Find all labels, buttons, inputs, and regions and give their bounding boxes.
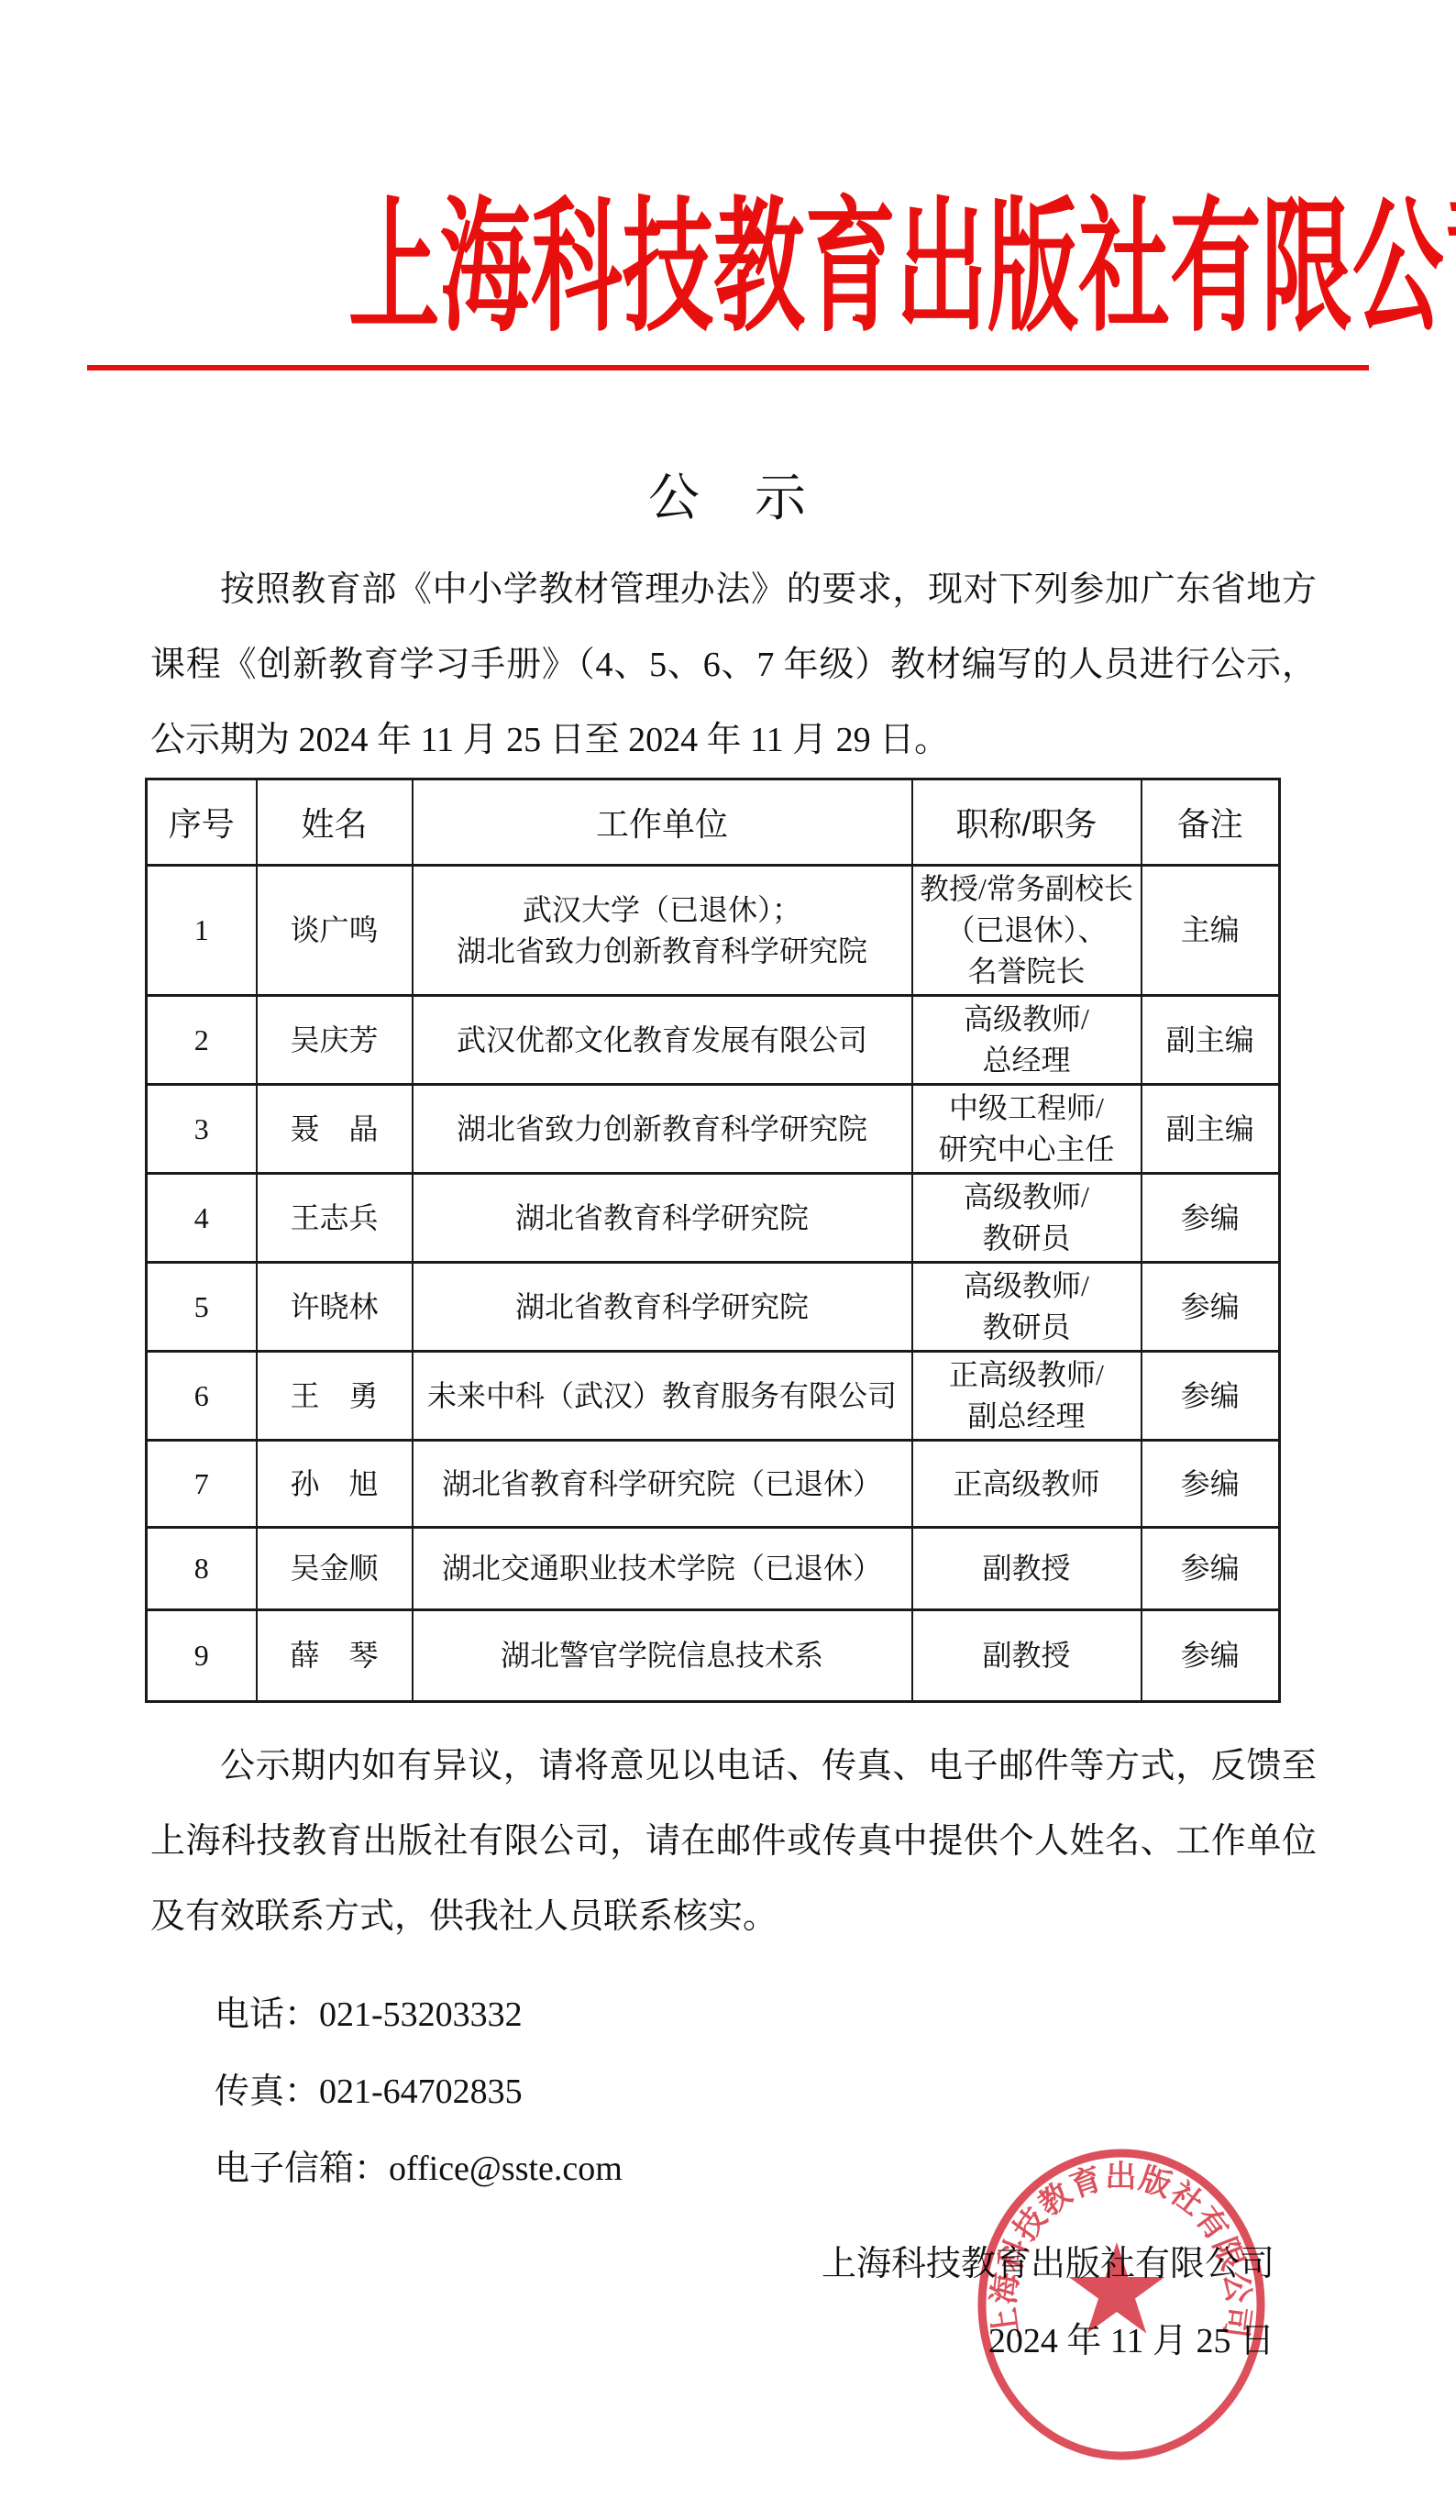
cell-unit: 湖北省教育科学研究院（已退休） <box>413 1441 912 1528</box>
table-header-row: 序号 姓名 工作单位 职称/职务 备注 <box>147 779 1280 866</box>
cell-line: 4 <box>151 1198 252 1239</box>
cell-line: 教授/常务副校长 <box>917 868 1137 910</box>
cell-line: 高级教师/ <box>917 999 1137 1040</box>
cell-line: 许晓林 <box>261 1287 408 1328</box>
table-row: 9薛 琴湖北警官学院信息技术系副教授参编 <box>147 1610 1280 1702</box>
contact-block: 电话：021-53203332 传真：021-64702835 电子信箱：off… <box>215 1976 1456 2207</box>
cell-unit: 湖北交通职业技术学院（已退休） <box>413 1528 912 1610</box>
cell-line: 吴金顺 <box>261 1548 408 1589</box>
cell-name: 许晓林 <box>257 1263 413 1352</box>
cell-unit: 湖北省致力创新教育科学研究院 <box>413 1085 912 1174</box>
document-page: 上海科技教育出版社有限公司 公 示 按照教育部《中小学教材管理办法》的要求，现对… <box>0 0 1456 2520</box>
table-row: 8吴金顺湖北交通职业技术学院（已退休）副教授参编 <box>147 1528 1280 1610</box>
cell-no: 5 <box>147 1263 257 1352</box>
table-row: 6王 勇未来中科（武汉）教育服务有限公司正高级教师/副总经理参编 <box>147 1352 1280 1441</box>
cell-title: 正高级教师/副总经理 <box>912 1352 1142 1441</box>
cell-line: 副主编 <box>1146 1020 1275 1061</box>
cell-line: 参编 <box>1146 1548 1275 1589</box>
cell-remark: 主编 <box>1142 866 1280 996</box>
cell-line: 参编 <box>1146 1635 1275 1676</box>
cell-name: 聂 晶 <box>257 1085 413 1174</box>
cell-title: 高级教师/教研员 <box>912 1174 1142 1263</box>
cell-line: 7 <box>151 1464 252 1505</box>
cell-line: 副总经理 <box>917 1396 1137 1437</box>
feedback-paragraph: 公示期内如有异议，请将意见以电话、传真、电子邮件等方式，反馈至上海科技教育出版社… <box>150 1729 1317 1954</box>
cell-no: 2 <box>147 996 257 1085</box>
cell-remark: 参编 <box>1142 1528 1280 1610</box>
contact-fax-line: 传真：021-64702835 <box>215 2053 1456 2130</box>
table-row: 7孙 旭湖北省教育科学研究院（已退休）正高级教师参编 <box>147 1441 1280 1528</box>
cell-line: 名誉院长 <box>917 951 1137 992</box>
cell-remark: 副主编 <box>1142 996 1280 1085</box>
cell-line: 湖北警官学院信息技术系 <box>417 1635 908 1676</box>
cell-line: 主编 <box>1146 910 1275 951</box>
cell-line: 3 <box>151 1109 252 1150</box>
letterhead-rule <box>87 365 1369 370</box>
cell-line: 6 <box>151 1376 252 1417</box>
cell-name: 孙 旭 <box>257 1441 413 1528</box>
cell-line: 正高级教师/ <box>917 1354 1137 1396</box>
cell-name: 谈广鸣 <box>257 866 413 996</box>
cell-no: 8 <box>147 1528 257 1610</box>
intro-paragraph: 按照教育部《中小学教材管理办法》的要求，现对下列参加广东省地方课程《创新教育学习… <box>150 552 1317 778</box>
cell-line: 参编 <box>1146 1198 1275 1239</box>
cell-line: 聂 晶 <box>261 1109 408 1150</box>
cell-line: 未来中科（武汉）教育服务有限公司 <box>417 1376 908 1417</box>
cell-line: 副教授 <box>917 1635 1137 1676</box>
cell-no: 6 <box>147 1352 257 1441</box>
cell-line: 吴庆芳 <box>261 1020 408 1061</box>
table-row: 2吴庆芳武汉优都文化教育发展有限公司高级教师/总经理副主编 <box>147 996 1280 1085</box>
cell-line: 武汉大学（已退休）； <box>417 890 908 931</box>
cell-title: 高级教师/教研员 <box>912 1263 1142 1352</box>
cell-name: 王 勇 <box>257 1352 413 1441</box>
cell-unit: 湖北省教育科学研究院 <box>413 1263 912 1352</box>
header-cell-name: 姓名 <box>257 779 413 866</box>
signature-date: 2024 年 11 月 25 日 <box>0 2303 1274 2380</box>
cell-title: 高级教师/总经理 <box>912 996 1142 1085</box>
cell-unit: 武汉大学（已退休）；湖北省致力创新教育科学研究院 <box>413 866 912 996</box>
cell-line: 王志兵 <box>261 1198 408 1239</box>
cell-unit: 湖北省教育科学研究院 <box>413 1174 912 1263</box>
cell-line: 孙 旭 <box>261 1464 408 1505</box>
document-title: 公 示 <box>0 473 1456 525</box>
cell-line: 参编 <box>1146 1287 1275 1328</box>
cell-line: 湖北省教育科学研究院 <box>417 1287 908 1328</box>
cell-line: 教研员 <box>917 1218 1137 1259</box>
cell-name: 王志兵 <box>257 1174 413 1263</box>
phone-value: 021-53203332 <box>319 1995 523 2034</box>
cell-no: 9 <box>147 1610 257 1702</box>
header-cell-no: 序号 <box>147 779 257 866</box>
phone-label: 电话： <box>215 1995 319 2034</box>
cell-line: 湖北省教育科学研究院 <box>417 1198 908 1239</box>
personnel-table: 序号 姓名 工作单位 职称/职务 备注 1谈广鸣武汉大学（已退休）；湖北省致力创… <box>145 778 1281 1703</box>
cell-line: 副教授 <box>917 1548 1137 1589</box>
contact-email-line: 电子信箱：office@sste.com <box>215 2130 1456 2207</box>
fax-label: 传真： <box>215 2072 319 2111</box>
cell-name: 薛 琴 <box>257 1610 413 1702</box>
cell-line: 湖北省教育科学研究院（已退休） <box>417 1464 908 1505</box>
cell-line: 湖北省致力创新教育科学研究院 <box>417 931 908 972</box>
cell-line: 中级工程师/ <box>917 1088 1137 1129</box>
cell-name: 吴金顺 <box>257 1528 413 1610</box>
header-cell-remark: 备注 <box>1142 779 1280 866</box>
signature-company: 上海科技教育出版社有限公司 <box>0 2226 1274 2303</box>
cell-title: 副教授 <box>912 1610 1142 1702</box>
cell-name: 吴庆芳 <box>257 996 413 1085</box>
cell-unit: 湖北警官学院信息技术系 <box>413 1610 912 1702</box>
cell-line: 教研员 <box>917 1307 1137 1348</box>
table-row: 1谈广鸣武汉大学（已退休）；湖北省致力创新教育科学研究院教授/常务副校长（已退休… <box>147 866 1280 996</box>
contact-phone-line: 电话：021-53203332 <box>215 1976 1456 2053</box>
cell-remark: 参编 <box>1142 1610 1280 1702</box>
cell-remark: 参编 <box>1142 1352 1280 1441</box>
cell-no: 7 <box>147 1441 257 1528</box>
cell-line: 2 <box>151 1020 252 1061</box>
email-value: office@sste.com <box>389 2150 623 2188</box>
cell-line: 5 <box>151 1287 252 1328</box>
cell-no: 3 <box>147 1085 257 1174</box>
cell-line: 高级教师/ <box>917 1177 1137 1218</box>
cell-title: 副教授 <box>912 1528 1142 1610</box>
cell-line: 1 <box>151 910 252 951</box>
cell-remark: 参编 <box>1142 1263 1280 1352</box>
cell-remark: 参编 <box>1142 1174 1280 1263</box>
cell-line: 参编 <box>1146 1376 1275 1417</box>
cell-line: 薛 琴 <box>261 1635 408 1676</box>
cell-line: 参编 <box>1146 1464 1275 1505</box>
cell-line: 研究中心主任 <box>917 1129 1137 1170</box>
letterhead-company-title: 上海科技教育出版社有限公司 <box>348 197 1456 342</box>
cell-unit: 武汉优都文化教育发展有限公司 <box>413 996 912 1085</box>
fax-value: 021-64702835 <box>319 2072 523 2111</box>
cell-no: 1 <box>147 866 257 996</box>
cell-line: 9 <box>151 1635 252 1676</box>
cell-no: 4 <box>147 1174 257 1263</box>
letterhead: 上海科技教育出版社有限公司 <box>0 197 1456 342</box>
cell-line: （已退休）、 <box>917 910 1137 951</box>
signature-block: 上海科技教育出版社有限公司 2024 年 11 月 25 日 <box>0 2226 1456 2380</box>
cell-remark: 副主编 <box>1142 1085 1280 1174</box>
cell-remark: 参编 <box>1142 1441 1280 1528</box>
table-body: 1谈广鸣武汉大学（已退休）；湖北省致力创新教育科学研究院教授/常务副校长（已退休… <box>147 866 1280 1702</box>
cell-line: 王 勇 <box>261 1376 408 1417</box>
cell-line: 总经理 <box>917 1040 1137 1081</box>
cell-line: 正高级教师 <box>917 1464 1137 1505</box>
cell-title: 正高级教师 <box>912 1441 1142 1528</box>
cell-line: 高级教师/ <box>917 1266 1137 1307</box>
header-cell-unit: 工作单位 <box>413 779 912 866</box>
cell-title: 中级工程师/研究中心主任 <box>912 1085 1142 1174</box>
table-row: 5许晓林湖北省教育科学研究院高级教师/教研员参编 <box>147 1263 1280 1352</box>
cell-unit: 未来中科（武汉）教育服务有限公司 <box>413 1352 912 1441</box>
table-row: 4王志兵湖北省教育科学研究院高级教师/教研员参编 <box>147 1174 1280 1263</box>
cell-line: 湖北省致力创新教育科学研究院 <box>417 1109 908 1150</box>
cell-title: 教授/常务副校长（已退休）、名誉院长 <box>912 866 1142 996</box>
cell-line: 谈广鸣 <box>261 910 408 951</box>
cell-line: 8 <box>151 1548 252 1589</box>
header-cell-title: 职称/职务 <box>912 779 1142 866</box>
cell-line: 副主编 <box>1146 1109 1275 1150</box>
cell-line: 湖北交通职业技术学院（已退休） <box>417 1548 908 1589</box>
email-label: 电子信箱： <box>215 2150 389 2188</box>
cell-line: 武汉优都文化教育发展有限公司 <box>417 1020 908 1061</box>
table-row: 3聂 晶湖北省致力创新教育科学研究院中级工程师/研究中心主任副主编 <box>147 1085 1280 1174</box>
